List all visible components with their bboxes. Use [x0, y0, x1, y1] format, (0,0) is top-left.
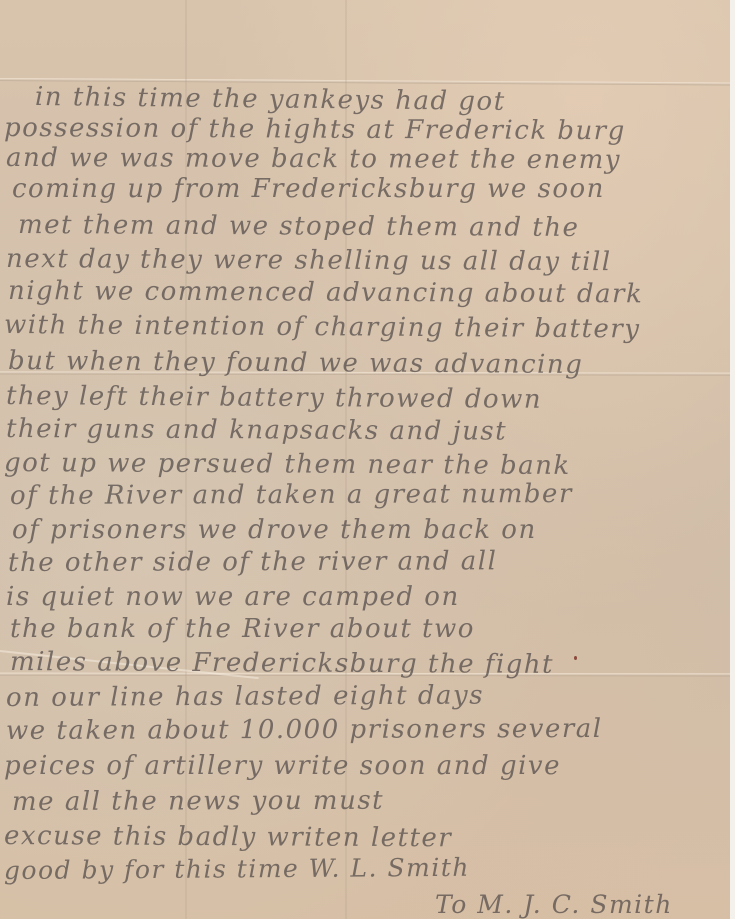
letter-line: is quiet now we are camped on: [6, 582, 460, 612]
letter-line: of prisoners we drove them back on: [12, 515, 537, 545]
letter-line: they left their battery throwed down: [6, 381, 542, 415]
letter-line: their guns and knapsacks and just: [6, 414, 507, 447]
addressee-line: To M. J. C. Smith: [435, 890, 673, 919]
letter-line: and we was move back to meet the enemy: [6, 143, 621, 175]
letter-line: the bank of the River about two: [10, 614, 475, 644]
letter-line: on our line has lasted eight days: [6, 680, 484, 713]
letter-line: but when they found we was advancing: [8, 346, 584, 380]
letter-body: in this time the yankeys had got possess…: [0, 0, 730, 919]
letter-line: night we commenced advancing about dark: [8, 276, 643, 309]
signature-line: good by for this time W. L. Smith: [4, 853, 470, 885]
letter-line: excuse this badly writen letter: [4, 821, 452, 853]
letter-line: peices of artillery write soon and give: [4, 751, 561, 781]
letter-line: me all the news you must: [12, 786, 384, 817]
letter-line: with the intention of charging their bat…: [4, 310, 641, 344]
scan-edge: [730, 0, 735, 919]
letter-page: in this time the yankeys had got possess…: [0, 0, 730, 919]
letter-line: of the River and taken a great number: [10, 479, 573, 511]
letter-line: next day they were shelling us all day t…: [6, 244, 612, 277]
letter-line: miles above Fredericksburg the fight: [10, 647, 554, 680]
letter-line: got up we persued them near the bank: [4, 448, 571, 481]
letter-line: possession of the hights at Frederick bu…: [4, 113, 626, 146]
letter-line: coming up from Fredericksburg we soon: [12, 174, 605, 204]
letter-line: met them and we stoped them and the: [18, 210, 580, 243]
letter-line: the other side of the river and all: [8, 546, 498, 578]
letter-line: in this time the yankeys had got: [35, 82, 506, 117]
letter-line: we taken about 10.000 prisoners several: [6, 714, 603, 746]
